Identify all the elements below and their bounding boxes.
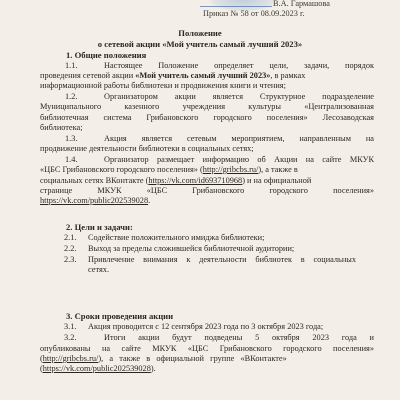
item-number: 1.1. — [65, 61, 77, 71]
item-number: 1.4. — [65, 155, 77, 165]
item-1-1-text: Настоящее Положение определяет цели, зад… — [104, 61, 374, 71]
section-heading-1: 1. Общие положения — [66, 50, 146, 60]
item-2-2-text: Выход за пределы сложившейся библиотечно… — [88, 244, 294, 254]
item-1-2-line3: библиотечная система Грибановского город… — [40, 113, 374, 123]
item-1-2-text: Организатором акции является Структурное… — [104, 92, 374, 102]
item-1-4-line3: социальных сетях ВКонтакте (https://vk.c… — [40, 176, 311, 186]
item-2-3-line2: сетях. — [88, 265, 109, 275]
item-number: 3.1. — [64, 322, 76, 332]
item-1-4-line4: странице МКУК «ЦБС Грибановского городск… — [40, 186, 374, 196]
item-1-1-line3: информационной работы библиотеки и продв… — [40, 81, 286, 91]
site-link[interactable]: http://gribcbs.ru/ — [203, 165, 259, 174]
order-reference: Приказ № 58 от 08.09.2023 г. — [203, 9, 305, 18]
section-heading-3: 3. Сроки проведения акции — [66, 311, 173, 321]
item-3-2-line3: (http://gribcbs.ru/), а также в официаль… — [40, 354, 374, 364]
item-1-3-line2: продвижение деятельности библиотеки в со… — [40, 144, 254, 154]
document-subtitle: о сетевой акции «Мой учитель самый лучши… — [0, 39, 400, 49]
item-1-4-line5: https://vk.com/public202539028. — [40, 196, 150, 206]
signature-line — [200, 6, 272, 7]
item-3-2-text: Итоги акции будут подведены 5 октября 20… — [104, 333, 374, 343]
vk-public-link[interactable]: https://vk.com/public202539028 — [43, 364, 151, 373]
text: социальных сетях ВКонтакте ( — [40, 176, 148, 185]
vk-public-link[interactable]: https://vk.com/public202539028 — [40, 196, 148, 205]
item-1-3-text: Акция является сетевым мероприятием, нап… — [104, 134, 374, 144]
item-1-4-text: Организатор размещает информацию об Акци… — [104, 155, 374, 165]
item-3-2-line4: (https://vk.com/public202539028). — [40, 364, 156, 374]
text: ), а также в официальной группе «ВКонтак… — [98, 354, 286, 363]
text: ) и на официальной — [242, 176, 311, 185]
item-number: 3.2. — [64, 333, 76, 343]
item-3-2-line2: опубликованы на сайте МКУК «ЦБС Грибанов… — [40, 344, 374, 354]
action-name: «Мой учитель самый лучший 2023» — [135, 71, 270, 80]
text: . — [148, 196, 150, 205]
item-1-2-line2: Муниципального казенного учреждения куль… — [40, 102, 374, 112]
vk-profile-link[interactable]: https://vk.com/id693710968 — [148, 176, 242, 185]
item-1-4-line2: «ЦБС Грибановского городского поселения»… — [40, 165, 298, 175]
item-2-1-text: Содействие положительного имиджа библиот… — [88, 233, 264, 243]
signatory-name: В.А. Гармашова — [273, 0, 330, 8]
item-number: 1.2. — [65, 92, 77, 102]
text: ). — [151, 364, 156, 373]
text: проведения сетевой акции — [40, 71, 135, 80]
text: ), а также в — [258, 165, 297, 174]
item-2-3-text: Привлечение внимания к деятельности библ… — [88, 255, 356, 265]
document-title: Положение — [0, 28, 400, 38]
text: , в рамках — [270, 71, 305, 80]
document-page: В.А. Гармашова Приказ № 58 от 08.09.2023… — [0, 0, 400, 400]
item-number: 2.3. — [64, 255, 76, 265]
item-1-2-line4: библиотека; — [40, 123, 83, 133]
item-3-1-text: Акция проводится с 12 сентября 2023 года… — [88, 322, 323, 332]
item-1-1-line2: проведения сетевой акции «Мой учитель са… — [40, 71, 374, 81]
site-link[interactable]: http://gribcbs.ru/ — [43, 354, 99, 363]
text: «ЦБС Грибановского городского поселения»… — [40, 165, 203, 174]
item-number: 2.2. — [64, 244, 76, 254]
item-number: 1.3. — [65, 134, 77, 144]
item-number: 2.1. — [64, 233, 76, 243]
section-heading-2: 2. Цели и задачи: — [66, 222, 133, 232]
